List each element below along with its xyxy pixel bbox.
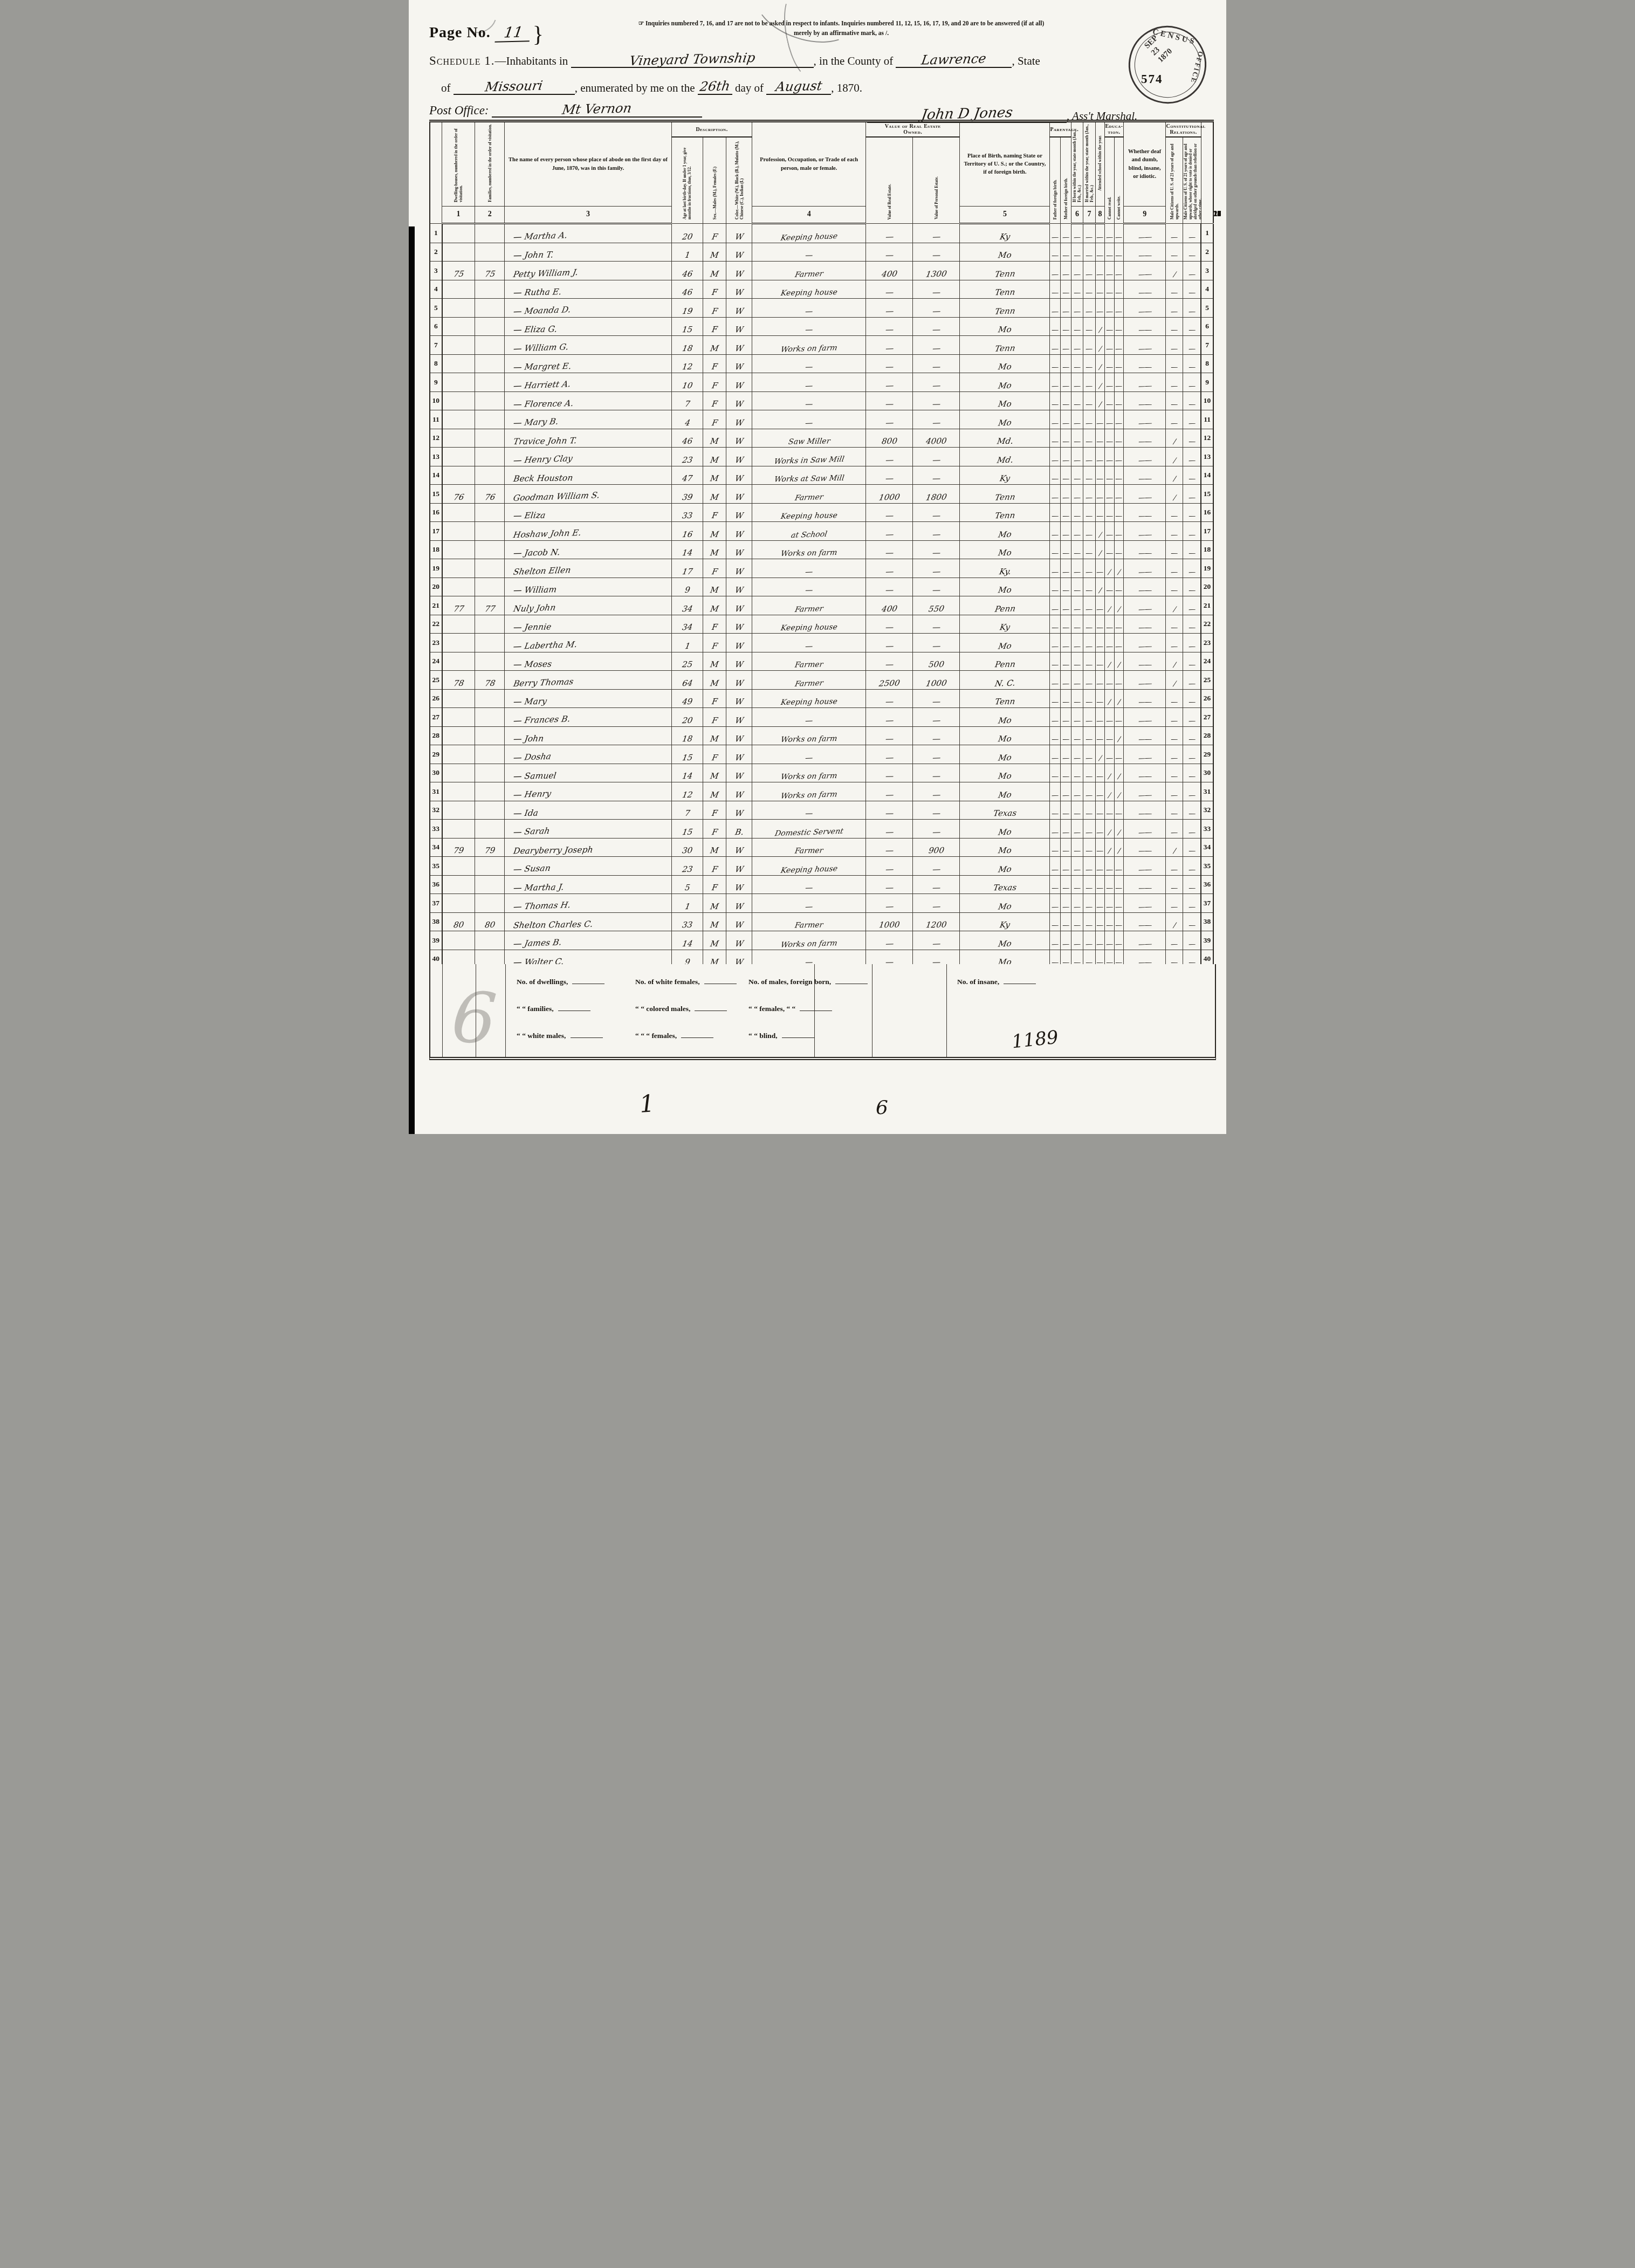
r27-dwelling-number bbox=[442, 708, 475, 727]
r13-line-number-right-value: 13 bbox=[1204, 452, 1211, 461]
r33-line-number-right: 33 bbox=[1201, 820, 1213, 839]
r36-occupation-value: — bbox=[805, 884, 813, 894]
r33-personal-estate-value: — bbox=[913, 820, 960, 839]
r15-line-number-right: 15 bbox=[1201, 485, 1213, 504]
r29-col11-mark: — bbox=[1050, 745, 1061, 764]
col-2-number: 2 bbox=[475, 207, 505, 224]
r23-col15-mark-value: — bbox=[1096, 643, 1104, 651]
r31-col20-mark-value: — bbox=[1187, 792, 1196, 800]
r8-occupation-value: — bbox=[805, 363, 813, 373]
r39-col19-mark: — bbox=[1166, 931, 1183, 950]
r29-family-number bbox=[475, 745, 505, 764]
r11-age: 4 bbox=[671, 410, 703, 429]
r31-family-number-value bbox=[490, 796, 490, 798]
r16-occupation: Keeping house bbox=[752, 503, 866, 522]
r2-col13-mark-value: — bbox=[1073, 252, 1081, 261]
r9-family-number-value bbox=[490, 387, 490, 389]
col-4-header-label: Age at last birth-day. If under 1 year, … bbox=[682, 140, 692, 221]
r24-col18-mark-value: —— bbox=[1138, 662, 1152, 670]
col-5-header: Sex.—Males (M.), Females (F.) bbox=[703, 137, 726, 224]
r23-col20-mark: — bbox=[1183, 634, 1201, 652]
r15-line-number-left-value: 15 bbox=[432, 490, 440, 498]
r18-occupation-value: Works on farm bbox=[780, 549, 838, 559]
r13-personal-estate-value-value: — bbox=[931, 456, 941, 466]
r21-col13-mark: — bbox=[1071, 596, 1083, 615]
r36-col14-mark: — bbox=[1083, 875, 1096, 894]
r17-col12-mark: — bbox=[1061, 522, 1071, 541]
footer-blank bbox=[695, 1004, 727, 1011]
r2-col11-mark-value: — bbox=[1051, 252, 1059, 261]
r23-line-number-left: 23 bbox=[430, 634, 442, 652]
r32-name: — Ida bbox=[505, 801, 671, 820]
r34-col19-mark: / bbox=[1166, 838, 1183, 857]
r2-birthplace: Mo bbox=[960, 243, 1050, 262]
r36-personal-estate-value: — bbox=[913, 875, 960, 894]
r17-col17-mark-value: — bbox=[1115, 531, 1123, 540]
r37-col17-mark-value: — bbox=[1115, 903, 1123, 912]
r27-col18-mark: —— bbox=[1123, 708, 1165, 727]
r10-col14-mark-value: — bbox=[1085, 401, 1093, 410]
r35-personal-estate-value-value: — bbox=[931, 865, 941, 875]
r24-color-value: W bbox=[734, 661, 744, 670]
r20-family-number bbox=[475, 578, 505, 596]
r3-line-number-right: 3 bbox=[1201, 262, 1213, 280]
of-label: of bbox=[441, 81, 451, 94]
r21-col11-mark: — bbox=[1050, 596, 1061, 615]
r31-age: 12 bbox=[671, 782, 703, 801]
county-value: Lawrence bbox=[920, 51, 987, 67]
r18-col15-mark: / bbox=[1095, 540, 1104, 559]
r16-line-number-right-value: 16 bbox=[1204, 508, 1211, 516]
r32-col15-mark-value: — bbox=[1096, 810, 1104, 819]
r22-sex-value: F bbox=[711, 623, 718, 633]
r23-dwelling-number bbox=[442, 634, 475, 652]
r25-birthplace: N. C. bbox=[960, 671, 1050, 690]
r1-personal-estate-value-value: — bbox=[931, 232, 941, 243]
r10-real-estate-value-value: — bbox=[884, 400, 894, 410]
r13-col11-mark: — bbox=[1050, 448, 1061, 466]
r14-real-estate-value: — bbox=[866, 466, 913, 485]
footer-blank bbox=[835, 977, 868, 984]
r21-occupation: Farmer bbox=[752, 596, 866, 615]
r34-birthplace: Mo bbox=[960, 838, 1050, 857]
r14-col12-mark: — bbox=[1061, 466, 1071, 485]
col-4-number-label: 4 bbox=[807, 210, 811, 218]
r36-age-value: 5 bbox=[684, 884, 690, 894]
r31-col19-mark: — bbox=[1166, 782, 1183, 801]
r26-col17-mark: / bbox=[1114, 689, 1123, 708]
r32-sex: F bbox=[703, 801, 726, 820]
col-6-header-label: Color.—White (W.), Black (B.), Mulatto (… bbox=[734, 140, 744, 221]
r33-dwelling-number bbox=[442, 820, 475, 839]
r27-line-number-right-value: 27 bbox=[1204, 713, 1211, 721]
r12-col19-mark-value: / bbox=[1173, 438, 1177, 447]
r25-name-value: Berry Thomas bbox=[512, 678, 574, 690]
r29-occupation-value: — bbox=[805, 754, 814, 763]
r31-col16-mark-value: / bbox=[1108, 792, 1111, 800]
pencil-annotation-6: 6 bbox=[449, 975, 499, 1060]
r20-col17-mark: — bbox=[1114, 578, 1123, 596]
r18-col17-mark: — bbox=[1114, 540, 1123, 559]
r5-family-number bbox=[475, 299, 505, 318]
r13-birthplace-value: Md. bbox=[996, 456, 1014, 466]
r38-col19-mark-value: / bbox=[1173, 922, 1177, 931]
r18-birthplace: Mo bbox=[960, 540, 1050, 559]
r4-real-estate-value: — bbox=[866, 280, 913, 299]
r2-col19-mark: — bbox=[1166, 243, 1183, 262]
table-row: 11— Mary B.4FW———Mo———————————11 bbox=[430, 410, 1213, 429]
r19-col20-mark: — bbox=[1183, 559, 1201, 578]
r26-name: — Mary bbox=[505, 689, 671, 708]
r2-line-number-right-value: 2 bbox=[1205, 248, 1209, 256]
r6-col13-mark-value: — bbox=[1073, 327, 1081, 335]
r9-line-number-right-value: 9 bbox=[1205, 378, 1209, 386]
r36-color: W bbox=[726, 875, 752, 894]
r27-col16-mark: — bbox=[1105, 708, 1114, 727]
r16-col19-mark: — bbox=[1166, 503, 1183, 522]
r3-birthplace: Tenn bbox=[960, 262, 1050, 280]
r39-name-value: — James B. bbox=[512, 938, 562, 950]
r27-col12-mark-value: — bbox=[1061, 717, 1070, 726]
r19-col13-mark: — bbox=[1071, 559, 1083, 578]
r10-col18-mark-value: —— bbox=[1138, 401, 1152, 410]
r31-sex: M bbox=[703, 782, 726, 801]
r32-occupation: — bbox=[752, 801, 866, 820]
r17-col17-mark: — bbox=[1114, 522, 1123, 541]
r17-name-value: Hoshaw John E. bbox=[512, 529, 582, 541]
r18-personal-estate-value: — bbox=[913, 540, 960, 559]
r17-real-estate-value-value: — bbox=[884, 530, 894, 540]
r7-col11-mark-value: — bbox=[1051, 345, 1060, 354]
r35-col18-mark: —— bbox=[1123, 857, 1165, 876]
r9-line-number-right: 9 bbox=[1201, 373, 1213, 392]
r26-col14-mark: — bbox=[1083, 689, 1096, 708]
r19-line-number-left-value: 19 bbox=[432, 564, 440, 572]
r15-col20-mark-value: — bbox=[1187, 494, 1196, 503]
r3-real-estate-value: 400 bbox=[866, 262, 913, 280]
r17-col12-mark-value: — bbox=[1061, 531, 1070, 540]
r1-col18-mark: —— bbox=[1123, 224, 1165, 243]
r38-age: 33 bbox=[671, 912, 703, 931]
r3-family-number-value: 75 bbox=[484, 270, 496, 280]
r31-birthplace-value: Mo bbox=[998, 791, 1013, 801]
r31-col18-mark-value: —— bbox=[1137, 792, 1152, 801]
r2-col20-mark-value: — bbox=[1188, 252, 1196, 261]
r3-line-number-right-value: 3 bbox=[1205, 266, 1209, 274]
table-row: 257878Berry Thomas64MWFarmer25001000N. C… bbox=[430, 671, 1213, 690]
r34-col17-mark: / bbox=[1114, 838, 1123, 857]
r13-dwelling-number bbox=[442, 448, 475, 466]
group-constitutional: Constitutional Relations. bbox=[1166, 121, 1201, 138]
r26-line-number-right-value: 26 bbox=[1204, 694, 1211, 702]
r7-real-estate-value: — bbox=[866, 336, 913, 355]
r17-col15-mark: / bbox=[1095, 522, 1104, 541]
r36-col11-mark-value: — bbox=[1051, 885, 1059, 894]
r22-age-value: 34 bbox=[681, 623, 693, 633]
r21-personal-estate-value-value: 550 bbox=[928, 604, 945, 615]
r20-line-number-right-value: 20 bbox=[1204, 582, 1211, 590]
r5-personal-estate-value-value: — bbox=[931, 307, 941, 317]
r22-color: W bbox=[726, 615, 752, 634]
r39-col18-mark-value: —— bbox=[1137, 940, 1152, 950]
r3-col17-mark-value: — bbox=[1115, 271, 1123, 279]
r24-personal-estate-value: 500 bbox=[913, 652, 960, 671]
r30-birthplace: Mo bbox=[960, 764, 1050, 782]
r5-family-number-value bbox=[490, 313, 490, 314]
r30-occupation-value: Works on farm bbox=[780, 772, 838, 782]
footer-rule bbox=[946, 964, 947, 1057]
r34-col15-mark: — bbox=[1095, 838, 1104, 857]
r19-col18-mark-value: —— bbox=[1137, 568, 1152, 578]
r18-real-estate-value-value: — bbox=[884, 549, 894, 559]
r13-sex: M bbox=[703, 448, 726, 466]
r38-col16-mark: — bbox=[1105, 912, 1114, 931]
r29-age-value: 15 bbox=[681, 753, 693, 764]
r10-personal-estate-value: — bbox=[913, 391, 960, 410]
r35-col15-mark-value: — bbox=[1096, 866, 1104, 875]
r11-col15-mark: — bbox=[1095, 410, 1104, 429]
instructions-line1: ☞ Inquiries numbered 7, 16, and 17 are n… bbox=[582, 19, 1100, 29]
table-row: 24— Moses25MWFarmer—500Penn—————//——/—24 bbox=[430, 652, 1213, 671]
r30-line-number-left: 30 bbox=[430, 764, 442, 782]
r32-col13-mark: — bbox=[1071, 801, 1083, 820]
r10-col19-mark-value: — bbox=[1170, 401, 1178, 410]
r14-line-number-right: 14 bbox=[1201, 466, 1213, 485]
r13-col14-mark-value: — bbox=[1085, 457, 1094, 465]
r37-col15-mark: — bbox=[1095, 894, 1104, 913]
r28-age-value: 18 bbox=[681, 735, 693, 745]
post-office-label: Post Office: bbox=[429, 104, 489, 117]
r19-line-number-left: 19 bbox=[430, 559, 442, 578]
group-education-label: Educa- tion. bbox=[1105, 123, 1123, 135]
r11-col16-mark: — bbox=[1105, 410, 1114, 429]
r14-name-value: Beck Houston bbox=[513, 474, 574, 485]
r4-personal-estate-value-value: — bbox=[931, 288, 941, 298]
r20-col13-mark: — bbox=[1071, 578, 1083, 596]
r33-occupation-value: Domestic Servent bbox=[774, 827, 844, 839]
r34-name: Dearyberry Joseph bbox=[505, 838, 671, 857]
r5-line-number-left-value: 5 bbox=[434, 304, 438, 312]
r38-line-number-right: 38 bbox=[1201, 912, 1213, 931]
r17-line-number-right: 17 bbox=[1201, 522, 1213, 541]
r19-col15-mark-value: — bbox=[1096, 568, 1104, 577]
r6-line-number-left: 6 bbox=[430, 317, 442, 336]
r30-personal-estate-value-value: — bbox=[931, 772, 941, 782]
r36-birthplace: Texas bbox=[960, 875, 1050, 894]
r20-col20-mark-value: — bbox=[1188, 587, 1196, 596]
r20-col12-mark: — bbox=[1061, 578, 1071, 596]
r16-birthplace: Tenn bbox=[960, 503, 1050, 522]
group-real-estate-label: Value of Real Estate Owned. bbox=[885, 123, 941, 135]
r36-col12-mark-value: — bbox=[1062, 885, 1070, 894]
r25-personal-estate-value-value: 1000 bbox=[925, 679, 947, 689]
r31-name: — Henry bbox=[505, 782, 671, 801]
r29-color: W bbox=[726, 745, 752, 764]
r13-personal-estate-value: — bbox=[913, 448, 960, 466]
r19-col17-mark-value: / bbox=[1117, 568, 1121, 577]
col-12-header: Mother of foreign birth. bbox=[1061, 137, 1071, 224]
r31-col13-mark-value: — bbox=[1073, 792, 1081, 800]
r15-col19-mark-value: / bbox=[1172, 494, 1176, 503]
r16-line-number-right: 16 bbox=[1201, 503, 1213, 522]
r16-real-estate-value: — bbox=[866, 503, 913, 522]
col-9-number-label: 9 bbox=[1143, 210, 1146, 218]
r14-personal-estate-value-value: — bbox=[931, 475, 941, 484]
r7-sex-value: M bbox=[710, 344, 720, 354]
col-5-header-label: Sex.—Males (M.), Females (F.) bbox=[712, 166, 717, 221]
r3-col14-mark-value: — bbox=[1085, 271, 1094, 279]
col-16-header: Cannot read. bbox=[1105, 137, 1114, 224]
r27-sex-value: F bbox=[711, 716, 718, 726]
r36-col13-mark-value: — bbox=[1073, 885, 1081, 894]
r27-col13-mark-value: — bbox=[1073, 717, 1081, 726]
r9-family-number bbox=[475, 373, 505, 392]
r34-sex-value: M bbox=[710, 847, 719, 856]
r14-dwelling-number bbox=[442, 466, 475, 485]
r25-col17-mark: — bbox=[1114, 671, 1123, 690]
r37-line-number-right: 37 bbox=[1201, 894, 1213, 913]
r36-col15-mark: — bbox=[1095, 875, 1104, 894]
stamp-date-text: SEP 23 1870 bbox=[1143, 44, 1156, 58]
r20-occupation-value: — bbox=[805, 587, 813, 596]
r8-col18-mark: —— bbox=[1123, 354, 1165, 373]
r14-color-value: W bbox=[734, 475, 744, 484]
r11-personal-estate-value-value: — bbox=[931, 418, 941, 429]
r39-dwelling-number-value bbox=[458, 945, 459, 947]
footer-label-dwellings: No. of dwellings, bbox=[517, 978, 568, 986]
r1-age-value: 20 bbox=[681, 232, 693, 243]
r3-personal-estate-value: 1300 bbox=[913, 262, 960, 280]
footer-blank bbox=[1004, 977, 1036, 984]
r26-occupation: Keeping house bbox=[752, 689, 866, 708]
r20-col20-mark: — bbox=[1183, 578, 1201, 596]
r26-sex: F bbox=[703, 689, 726, 708]
r38-line-number-left: 38 bbox=[430, 912, 442, 931]
r35-line-number-right: 35 bbox=[1201, 857, 1213, 876]
table-row: 388080Shelton Charles C.33MWFarmer100012… bbox=[430, 912, 1213, 931]
table-row: 2— John T.1MW———Mo———————————2 bbox=[430, 243, 1213, 262]
r14-occupation-value: Works at Saw Mill bbox=[773, 475, 844, 485]
table-row: 10— Florence A.7FW———Mo————/——————10 bbox=[430, 391, 1213, 410]
r20-col12-mark-value: — bbox=[1062, 587, 1070, 596]
r30-col17-mark-value: / bbox=[1117, 773, 1121, 782]
r7-family-number bbox=[475, 336, 505, 355]
r22-col20-mark: — bbox=[1183, 615, 1201, 634]
r3-col12-mark: — bbox=[1061, 262, 1071, 280]
r37-col14-mark: — bbox=[1083, 894, 1096, 913]
r29-col20-mark-value: — bbox=[1187, 754, 1196, 763]
state-value: Missouri bbox=[484, 78, 544, 95]
r19-personal-estate-value-value: — bbox=[931, 567, 941, 578]
r26-color-value: W bbox=[734, 698, 744, 707]
r20-name: — William bbox=[505, 578, 671, 596]
r4-col13-mark-value: — bbox=[1073, 290, 1081, 298]
r21-age-value: 34 bbox=[681, 604, 693, 615]
r39-occupation: Works on farm bbox=[752, 931, 866, 950]
r20-col16-mark-value: — bbox=[1105, 587, 1114, 596]
r22-occupation-value: Keeping house bbox=[780, 623, 838, 634]
r19-dwelling-number-value bbox=[458, 573, 459, 575]
r24-birthplace-value: Penn bbox=[994, 661, 1015, 671]
r29-col12-mark: — bbox=[1061, 745, 1071, 764]
r34-col18-mark-value: —— bbox=[1138, 848, 1152, 856]
r26-col11-mark: — bbox=[1050, 689, 1061, 708]
r8-real-estate-value-value: — bbox=[884, 363, 894, 373]
r24-col17-mark-value: / bbox=[1117, 662, 1121, 670]
r24-col20-mark-value: — bbox=[1188, 662, 1196, 670]
r29-sex-value: F bbox=[711, 753, 718, 763]
r2-sex: M bbox=[703, 243, 726, 262]
r3-col18-mark-value: —— bbox=[1137, 271, 1152, 280]
r21-col13-mark-value: — bbox=[1073, 606, 1081, 614]
r33-name-value: — Sarah bbox=[512, 827, 551, 839]
table-row: 18— Jacob N.14MWWorks on farm——Mo————/——… bbox=[430, 540, 1213, 559]
r24-occupation-value: Farmer bbox=[794, 661, 824, 671]
r4-col12-mark-value: — bbox=[1062, 290, 1070, 298]
r27-real-estate-value: — bbox=[866, 708, 913, 727]
r12-birthplace: Md. bbox=[960, 429, 1050, 448]
r39-color-value: W bbox=[734, 939, 745, 950]
r18-col12-mark: — bbox=[1061, 540, 1071, 559]
r22-col15-mark-value: — bbox=[1096, 624, 1104, 633]
r9-col15-mark-value: / bbox=[1098, 382, 1102, 391]
r39-col14-mark: — bbox=[1083, 931, 1096, 950]
r6-col19-mark-value: — bbox=[1170, 327, 1178, 335]
r18-col20-mark: — bbox=[1183, 540, 1201, 559]
r33-occupation: Domestic Servent bbox=[752, 820, 866, 839]
r1-col12-mark-value: — bbox=[1061, 233, 1070, 242]
r39-col16-mark: — bbox=[1105, 931, 1114, 950]
r14-personal-estate-value: — bbox=[913, 466, 960, 485]
r22-col14-mark-value: — bbox=[1085, 624, 1093, 633]
r5-col15-mark-value: — bbox=[1096, 308, 1104, 317]
col-4-header: Age at last birth-day. If under 1 year, … bbox=[671, 137, 703, 224]
r9-col12-mark-value: — bbox=[1061, 382, 1070, 391]
r26-col20-mark-value: — bbox=[1188, 699, 1196, 707]
r11-birthplace: Mo bbox=[960, 410, 1050, 429]
r17-dwelling-number-value bbox=[458, 536, 459, 538]
r21-col20-mark-value: — bbox=[1187, 606, 1196, 614]
col-3-header-label: The name of every person whose place of … bbox=[509, 157, 668, 171]
r1-personal-estate-value: — bbox=[913, 224, 960, 243]
r19-personal-estate-value: — bbox=[913, 559, 960, 578]
r15-col12-mark: — bbox=[1061, 485, 1071, 504]
r37-col13-mark-value: — bbox=[1073, 903, 1081, 912]
r39-birthplace: Mo bbox=[960, 931, 1050, 950]
r34-col14-mark: — bbox=[1083, 838, 1096, 857]
r1-col17-mark-value: — bbox=[1115, 233, 1123, 242]
r29-name: — Dosha bbox=[505, 745, 671, 764]
r22-real-estate-value: — bbox=[866, 615, 913, 634]
r6-col18-mark: —— bbox=[1123, 317, 1165, 336]
r29-col13-mark: — bbox=[1071, 745, 1083, 764]
r25-line-number-left: 25 bbox=[430, 671, 442, 690]
r39-name: — James B. bbox=[505, 931, 671, 950]
r9-col20-mark-value: — bbox=[1187, 382, 1196, 391]
r37-real-estate-value-value: — bbox=[884, 902, 894, 912]
r23-name: — Labertha M. bbox=[505, 634, 671, 652]
r37-col18-mark: —— bbox=[1123, 894, 1165, 913]
table-row: 14Beck Houston47MWWorks at Saw Mill——Ky—… bbox=[430, 466, 1213, 485]
r4-birthplace: Tenn bbox=[960, 280, 1050, 299]
r18-col18-mark-value: —— bbox=[1138, 550, 1152, 559]
r2-col17-mark: — bbox=[1114, 243, 1123, 262]
footer-blank bbox=[572, 977, 604, 984]
r38-col13-mark: — bbox=[1071, 912, 1083, 931]
r29-line-number-left-value: 29 bbox=[432, 750, 440, 758]
r21-age: 34 bbox=[671, 596, 703, 615]
r9-occupation-value: — bbox=[805, 382, 814, 391]
